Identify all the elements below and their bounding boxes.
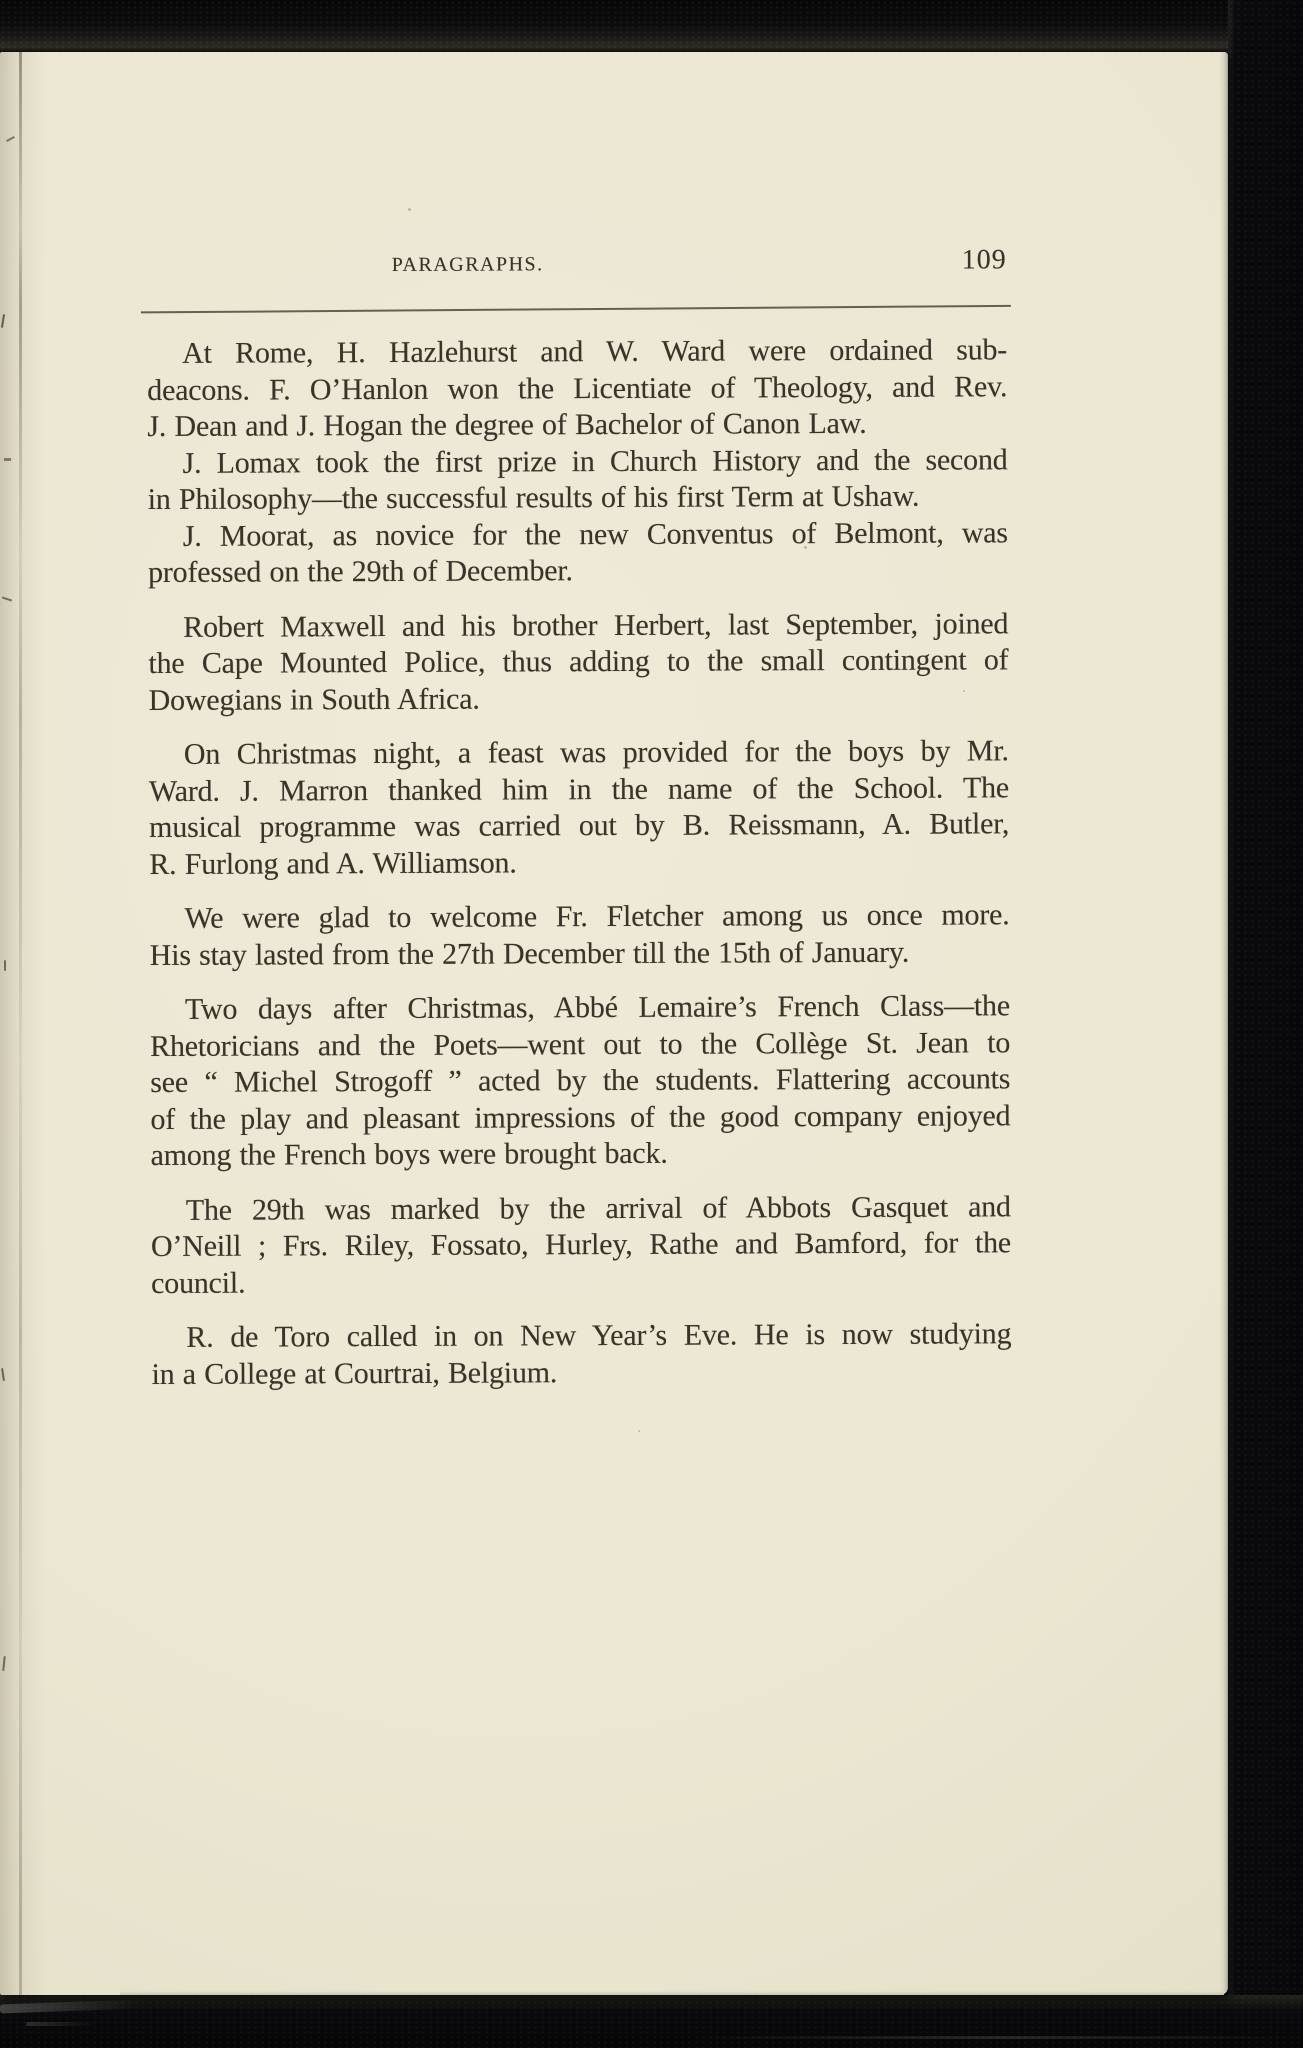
paragraph: On Christmas night, a feast was provided… [149,733,1010,883]
page-number: 109 [962,244,1007,276]
text-line: Rhetoricians and the Poets—went out to t… [150,1025,1010,1065]
running-head: PARAGRAPHS. [392,253,544,277]
printed-content: PARAGRAPHS. 109 At Rome, H. Hazlehurst a… [0,49,1232,1997]
text-line: among the French boys were brought back. [150,1134,1010,1174]
text-line: J. Dean and J. Hogan the degree of Bache… [147,405,1007,445]
text-line: in a College at Courtrai, Belgium. [151,1353,1011,1393]
text-line: professed on the 29th of December. [148,551,1008,591]
paragraph: J. Moorat, as novice for the new Convent… [148,515,1008,592]
book-cover-top [0,0,1303,52]
page-header: PARAGRAPHS. 109 [147,248,1007,286]
text-line: J. Lomax took the first prize in Church … [147,442,1007,482]
book-page: PARAGRAPHS. 109 At Rome, H. Hazlehurst a… [0,52,1228,1995]
text-line: His stay lasted from the 27th December t… [150,934,1010,974]
text-line: We were glad to welcome Fr. Fletcher amo… [149,897,1009,937]
book-cover-right [1228,0,1303,2048]
paragraph: At Rome, H. Hazlehurst and W. Ward were … [147,332,1007,445]
text-line: deacons. F. O’Hanlon won the Licentiate … [147,369,1007,409]
text-line: Robert Maxwell and his brother Herbert, … [148,606,1008,646]
text-line: R. Furlong and A. Williamson. [149,843,1009,883]
text-line: of the play and pleasant impressions of … [150,1098,1010,1138]
text-line: Ward. J. Marron thanked him in the name … [149,770,1009,810]
text-line: On Christmas night, a feast was provided… [149,733,1009,773]
body-text: At Rome, H. Hazlehurst and W. Ward were … [147,332,1012,1393]
header-rule [141,305,1011,314]
text-line: the Cape Mounted Police, thus adding to … [148,642,1008,682]
text-line: council. [151,1262,1011,1302]
text-line: Two days after Christmas, Abbé Lemaire’s… [150,988,1010,1028]
scanned-book-photo: PARAGRAPHS. 109 At Rome, H. Hazlehurst a… [0,0,1303,2048]
text-line: see “ Michel Strogoff ” acted by the stu… [150,1061,1010,1101]
text-line: J. Moorat, as novice for the new Convent… [148,515,1008,555]
text-line: musical programme was carried out by B. … [149,806,1009,846]
text-line: At Rome, H. Hazlehurst and W. Ward were … [147,332,1007,372]
text-line: in Philosophy—the successful results of … [148,478,1008,518]
paragraph: Robert Maxwell and his brother Herbert, … [148,606,1008,719]
text-line: R. de Toro called in on New Year’s Eve. … [151,1316,1011,1356]
paragraph: R. de Toro called in on New Year’s Eve. … [151,1316,1011,1393]
paragraph: J. Lomax took the first prize in Church … [147,442,1007,519]
book-cover-bottom [0,1995,1303,2048]
text-line: O’Neill ; Frs. Riley, Fossato, Hurley, R… [151,1225,1011,1265]
paragraph: Two days after Christmas, Abbé Lemaire’s… [150,988,1011,1174]
paragraph: We were glad to welcome Fr. Fletcher amo… [149,897,1009,974]
paragraph: The 29th was marked by the arrival of Ab… [151,1189,1011,1302]
text-line: Dowegians in South Africa. [149,679,1009,719]
text-line: The 29th was marked by the arrival of Ab… [151,1189,1011,1229]
